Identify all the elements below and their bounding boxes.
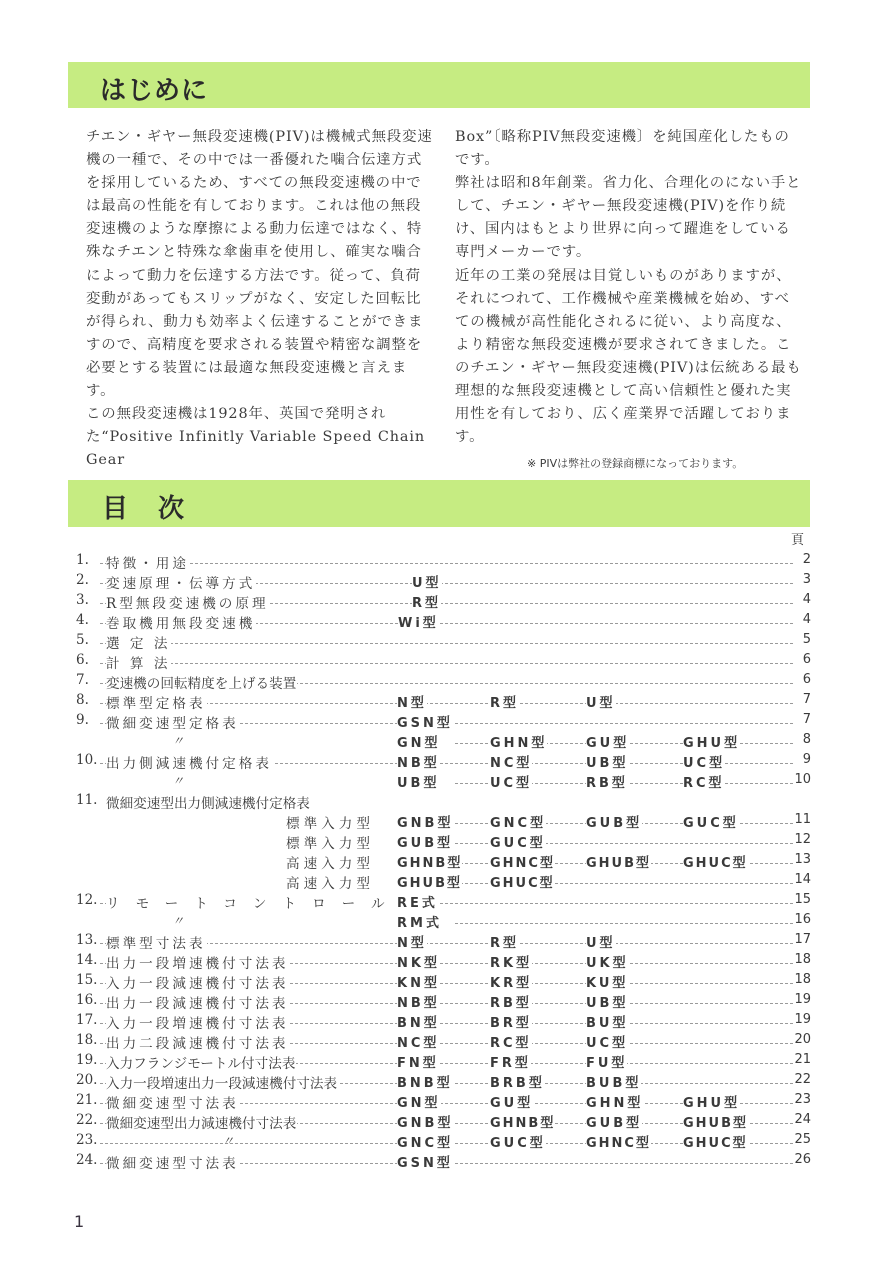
toc-model-type: GHUC型 — [490, 872, 555, 891]
toc-model-type: GUB型 — [397, 832, 453, 851]
toc-model-type: GHUB型 — [683, 1112, 748, 1131]
intro-left-column: チエン・ギヤー無段変速機(PIV)は機械式無段変速機の一種で、その中では一番優れ… — [86, 126, 436, 472]
toc-row[interactable]: 高速入力型GHNB型GHNC型GHUB型GHUC型13 — [0, 852, 893, 872]
toc-model-type: GHNC型 — [586, 1132, 651, 1151]
toc-page-number: 26 — [793, 1152, 811, 1167]
toc-row[interactable]: 3.R型無段変速機の原理R型4 — [0, 592, 893, 612]
dot-leader — [100, 563, 793, 564]
toc-row[interactable]: 9.微細変速型定格表GSN型7 — [0, 712, 893, 732]
toc-model-type: GHNB型 — [490, 1112, 555, 1131]
toc-row[interactable]: 5.選 定 法5 — [0, 632, 893, 652]
toc-model-type: RB型 — [586, 772, 628, 791]
toc-page-number: 7 — [793, 692, 811, 707]
toc-model-type: GHUB型 — [586, 852, 651, 871]
ditto-mark: 〃 — [222, 1132, 234, 1149]
toc-item-title: 入力一段減速機付寸法表 — [106, 972, 290, 992]
toc-item-title: 微細変速型出力側減速機付定格表 — [106, 792, 311, 812]
toc-row[interactable]: 22.微細変速型出力減速機付寸法表GNB型GHNB型GUB型GHUB型24 — [0, 1112, 893, 1132]
toc-item-number: 12. — [76, 892, 97, 908]
toc-model-type: KU型 — [586, 972, 628, 991]
toc-item-number: 2. — [76, 572, 89, 588]
toc-item-title: 特徴・用途 — [106, 552, 190, 572]
intro-paragraph: チエン・ギヤー無段変速機(PIV)は機械式無段変速機の一種で、その中では一番優れ… — [86, 126, 436, 403]
toc-input-type-label: 高速入力型 — [286, 852, 374, 872]
toc-item-number: 14. — [76, 952, 97, 968]
toc-page-number: 7 — [793, 712, 811, 727]
toc-input-type-label: 標準入力型 — [286, 812, 374, 832]
toc-model-type: KR型 — [490, 972, 532, 991]
toc-page-number: 6 — [793, 652, 811, 667]
toc-item-title: 出力一段増速機付寸法表 — [106, 952, 290, 972]
toc-item-number: 23. — [76, 1132, 97, 1148]
toc-section-banner: 目次 — [68, 480, 810, 527]
toc-page-number: 13 — [793, 852, 811, 867]
toc-model-type: NK型 — [397, 952, 440, 971]
toc-row[interactable]: 標準入力型GUB型GUC型12 — [0, 832, 893, 852]
toc-item-title: 微細変速型寸法表 — [106, 1152, 240, 1172]
toc-model-type: R型 — [412, 592, 441, 611]
intro-paragraph: この無段変速機は1928年、英国で発明された“Positive Infinitl… — [86, 403, 436, 472]
toc-model-type: N型 — [397, 692, 427, 711]
toc-model-type: KN型 — [397, 972, 440, 991]
toc-model-type: GNC型 — [397, 1132, 453, 1151]
toc-row[interactable]: 12.リモートコントロールRE式15 — [0, 892, 893, 912]
toc-row[interactable]: 1.特徴・用途2 — [0, 552, 893, 572]
toc-item-number: 19. — [76, 1052, 97, 1068]
toc-model-type: BR型 — [490, 1012, 532, 1031]
toc-model-type: GHNC型 — [490, 852, 555, 871]
toc-item-number: 20. — [76, 1072, 97, 1088]
toc-row[interactable]: 7.変速機の回転精度を上げる装置6 — [0, 672, 893, 692]
toc-item-number: 18. — [76, 1032, 97, 1048]
toc-model-type: GSN型 — [397, 1152, 453, 1171]
toc-input-type-label: 標準入力型 — [286, 832, 374, 852]
toc-item-number: 7. — [76, 672, 89, 688]
toc-row[interactable]: 21.微細変速型寸法表GN型GU型GHN型GHU型23 — [0, 1092, 893, 1112]
toc-model-type: U型 — [586, 692, 616, 711]
toc-model-type: GU型 — [586, 732, 629, 751]
toc-model-type: FR型 — [490, 1052, 531, 1071]
toc-model-type: FN型 — [397, 1052, 439, 1071]
toc-item-title: 選 定 法 — [106, 632, 171, 652]
toc-page-number: 3 — [793, 572, 811, 587]
toc-model-type: GSN型 — [397, 712, 453, 731]
toc-model-type: GNB型 — [397, 1112, 453, 1131]
toc-page-number: 22 — [793, 1072, 811, 1087]
toc-row[interactable]: 〃UB型UC型RB型RC型10 — [0, 772, 893, 792]
toc-item-number: 5. — [76, 632, 89, 648]
toc-item-title: 計 算 法 — [106, 652, 171, 672]
toc-model-type: UC型 — [586, 1032, 628, 1051]
toc-row[interactable]: 13.標準型寸法表N型R型U型17 — [0, 932, 893, 952]
toc-page-number: 15 — [793, 892, 811, 907]
toc-item-title: R型無段変速機の原理 — [106, 592, 270, 612]
toc-model-type: UC型 — [490, 772, 532, 791]
toc-page-number: 18 — [793, 972, 811, 987]
toc-page-number: 5 — [793, 632, 811, 647]
toc-row[interactable]: 6.計 算 法6 — [0, 652, 893, 672]
toc-item-number: 11. — [76, 792, 97, 808]
toc-item-number: 13. — [76, 932, 97, 948]
toc-model-type: BN型 — [397, 1012, 440, 1031]
toc-row[interactable]: 標準入力型GNB型GNC型GUB型GUC型11 — [0, 812, 893, 832]
intro-heading: はじめに — [100, 70, 208, 107]
toc-item-title: 変速機の回転精度を上げる装置 — [106, 672, 297, 692]
toc-page-number: 19 — [793, 1012, 811, 1027]
toc-page-number: 19 — [793, 992, 811, 1007]
toc-item-number: 15. — [76, 972, 97, 988]
toc-item-title: 出力二段減速機付寸法表 — [106, 1032, 290, 1052]
page-number: 1 — [74, 1212, 84, 1231]
toc-model-type: GHUC型 — [683, 852, 748, 871]
toc-page-number: 9 — [793, 752, 811, 767]
toc-model-type: GHU型 — [683, 732, 740, 751]
toc-row[interactable]: 14.出力一段増速機付寸法表NK型RK型UK型18 — [0, 952, 893, 972]
intro-paragraph: 近年の工業の発展は目覚しいものがありますが、それにつれて、工作機械や産業機械を始… — [455, 265, 805, 450]
page-column-label: 頁 — [791, 529, 804, 548]
toc-item-title: 入力一段増速機付寸法表 — [106, 1012, 290, 1032]
toc-row[interactable]: 24.微細変速型寸法表GSN型26 — [0, 1152, 893, 1172]
toc-model-type: GHUB型 — [397, 872, 462, 891]
toc-row[interactable]: 高速入力型GHUB型GHUC型14 — [0, 872, 893, 892]
toc-model-type: UB型 — [586, 752, 628, 771]
toc-item-title: 変速原理・伝導方式 — [106, 572, 256, 592]
toc-model-type: BNB型 — [397, 1072, 453, 1091]
toc-heading: 目次 — [102, 488, 214, 525]
toc-model-type: RB型 — [490, 992, 532, 1011]
toc-item-number: 1. — [76, 552, 89, 568]
trademark-note: ※ PIVは弊社の登録商標になっております。 — [527, 455, 743, 471]
toc-row[interactable]: 15.入力一段減速機付寸法表KN型KR型KU型18 — [0, 972, 893, 992]
toc-model-type: BUB型 — [586, 1072, 641, 1091]
toc-item-number: 8. — [76, 692, 89, 708]
toc-model-type: NB型 — [397, 752, 440, 771]
toc-item-title: 微細変速型定格表 — [106, 712, 240, 732]
dot-leader — [455, 923, 793, 924]
intro-paragraph: Box”〔略称PIV無段変速機〕を純国産化したものです。 — [455, 126, 805, 172]
toc-model-type: GHN型 — [490, 732, 547, 751]
toc-item-number: 21. — [76, 1092, 97, 1108]
toc-model-type: NC型 — [490, 752, 532, 771]
toc-model-type: GUB型 — [586, 812, 642, 831]
toc-row[interactable]: 〃RM式16 — [0, 912, 893, 932]
toc-row[interactable]: 10.出力側減速機付定格表NB型NC型UB型UC型9 — [0, 752, 893, 772]
ditto-mark: 〃 — [172, 912, 184, 929]
toc-row[interactable]: 11.微細変速型出力側減速機付定格表 — [0, 792, 893, 812]
toc-model-type: R型 — [490, 692, 519, 711]
toc-row[interactable]: 〃GN型GHN型GU型GHU型8 — [0, 732, 893, 752]
toc-page-number: 16 — [793, 912, 811, 927]
dot-leader — [100, 663, 793, 664]
toc-item-number: 4. — [76, 612, 89, 628]
toc-model-type: GUC型 — [490, 832, 546, 851]
toc-item-title: 微細変速型寸法表 — [106, 1092, 240, 1112]
toc-model-type: GU型 — [490, 1092, 533, 1111]
intro-section-banner: はじめに — [68, 62, 810, 108]
toc-model-type: RM式 — [397, 912, 442, 931]
toc-page-number: 14 — [793, 872, 811, 887]
toc-model-type: RK型 — [490, 952, 532, 971]
toc-page-number: 17 — [793, 932, 811, 947]
toc-page-number: 8 — [793, 732, 811, 747]
toc-item-title: 入力フランジモートル付寸法表 — [106, 1052, 296, 1072]
toc-page-number: 4 — [793, 612, 811, 627]
toc-page-number: 24 — [793, 1112, 811, 1127]
intro-paragraph: 弊社は昭和8年創業。省力化、合理化のにない手として、チエン・ギヤー無段変速機(P… — [455, 172, 805, 264]
toc-row[interactable]: 8.標準型定格表N型R型U型7 — [0, 692, 893, 712]
toc-model-type: FU型 — [586, 1052, 627, 1071]
toc-model-type: GNB型 — [397, 812, 453, 831]
toc-row[interactable]: 4.巻取機用無段変速機Wi型4 — [0, 612, 893, 632]
toc-model-type: BRB型 — [490, 1072, 545, 1091]
toc-page-number: 20 — [793, 1032, 811, 1047]
toc-item-title: 出力一段減速機付寸法表 — [106, 992, 290, 1012]
toc-model-type: UC型 — [683, 752, 725, 771]
toc-model-type: NB型 — [397, 992, 440, 1011]
toc-model-type: UB型 — [586, 992, 628, 1011]
ditto-mark: 〃 — [172, 732, 184, 749]
toc-item-title: 標準型寸法表 — [106, 932, 207, 952]
toc-model-type: BU型 — [586, 1012, 628, 1031]
toc-page-number: 2 — [793, 552, 811, 567]
toc-item-number: 10. — [76, 752, 97, 768]
toc-model-type: R型 — [490, 932, 519, 951]
toc-item-number: 6. — [76, 652, 89, 668]
toc-model-type: GUC型 — [490, 1132, 546, 1151]
toc-model-type: GUB型 — [586, 1112, 642, 1131]
toc-model-type: N型 — [397, 932, 427, 951]
toc-model-type: GNC型 — [490, 812, 546, 831]
toc-model-type: Wi型 — [398, 612, 439, 631]
toc-model-type: U型 — [412, 572, 442, 591]
toc-item-title: 入力一段増速出力一段減速機付寸法表 — [106, 1072, 338, 1092]
toc-page-number: 6 — [793, 672, 811, 687]
toc-page-number: 4 — [793, 592, 811, 607]
toc-item-number: 16. — [76, 992, 97, 1008]
toc-model-type: UB型 — [397, 772, 439, 791]
toc-model-type: GHN型 — [586, 1092, 643, 1111]
toc-item-title: 標準型定格表 — [106, 692, 207, 712]
toc-model-type: GHNB型 — [397, 852, 462, 871]
intro-right-column: Box”〔略称PIV無段変速機〕を純国産化したものです。 弊社は昭和8年創業。省… — [455, 126, 805, 449]
toc-page-number: 21 — [793, 1052, 811, 1067]
toc-model-type: GN型 — [397, 1092, 441, 1111]
toc-model-type: GUC型 — [683, 812, 739, 831]
toc-page-number: 23 — [793, 1092, 811, 1107]
toc-row[interactable]: 2.変速原理・伝導方式U型3 — [0, 572, 893, 592]
toc-item-title: 出力側減速機付定格表 — [106, 752, 273, 772]
toc-row[interactable]: 18.出力二段減速機付寸法表NC型RC型UC型20 — [0, 1032, 893, 1052]
toc-model-type: RE式 — [397, 892, 438, 911]
toc-model-type: GHU型 — [683, 1092, 740, 1111]
toc-page-number: 18 — [793, 952, 811, 967]
toc-model-type: UK型 — [586, 952, 629, 971]
toc-input-type-label: 高速入力型 — [286, 872, 374, 892]
toc-row[interactable]: 20.入力一段増速出力一段減速機付寸法表BNB型BRB型BUB型22 — [0, 1072, 893, 1092]
toc-model-type: RC型 — [683, 772, 725, 791]
toc-item-title: リモートコントロール — [106, 892, 402, 912]
toc-item-number: 22. — [76, 1112, 97, 1128]
toc-model-type: RC型 — [490, 1032, 532, 1051]
toc-item-number: 17. — [76, 1012, 97, 1028]
toc-model-type: GN型 — [397, 732, 441, 751]
toc-page-number: 10 — [793, 772, 811, 787]
ditto-mark: 〃 — [172, 772, 184, 789]
toc-page-number: 12 — [793, 832, 811, 847]
toc-row[interactable]: 17.入力一段増速機付寸法表BN型BR型BU型19 — [0, 1012, 893, 1032]
toc-item-title: 巻取機用無段変速機 — [106, 612, 256, 632]
dot-leader — [100, 643, 793, 644]
toc-item-title: 微細変速型出力減速機付寸法表 — [106, 1112, 297, 1132]
toc-item-number: 24. — [76, 1152, 97, 1168]
toc-item-number: 9. — [76, 712, 89, 728]
toc-page-number: 11 — [793, 812, 811, 827]
toc-model-type: GHUC型 — [683, 1132, 748, 1151]
toc-page-number: 25 — [793, 1132, 811, 1147]
toc-model-type: U型 — [586, 932, 616, 951]
toc-row[interactable]: 16.出力一段減速機付寸法表NB型RB型UB型19 — [0, 992, 893, 1012]
toc-row[interactable]: 23.〃GNC型GUC型GHNC型GHUC型25 — [0, 1132, 893, 1152]
toc-model-type: NC型 — [397, 1032, 439, 1051]
toc-item-number: 3. — [76, 592, 89, 608]
toc-row[interactable]: 19.入力フランジモートル付寸法表FN型FR型FU型21 — [0, 1052, 893, 1072]
